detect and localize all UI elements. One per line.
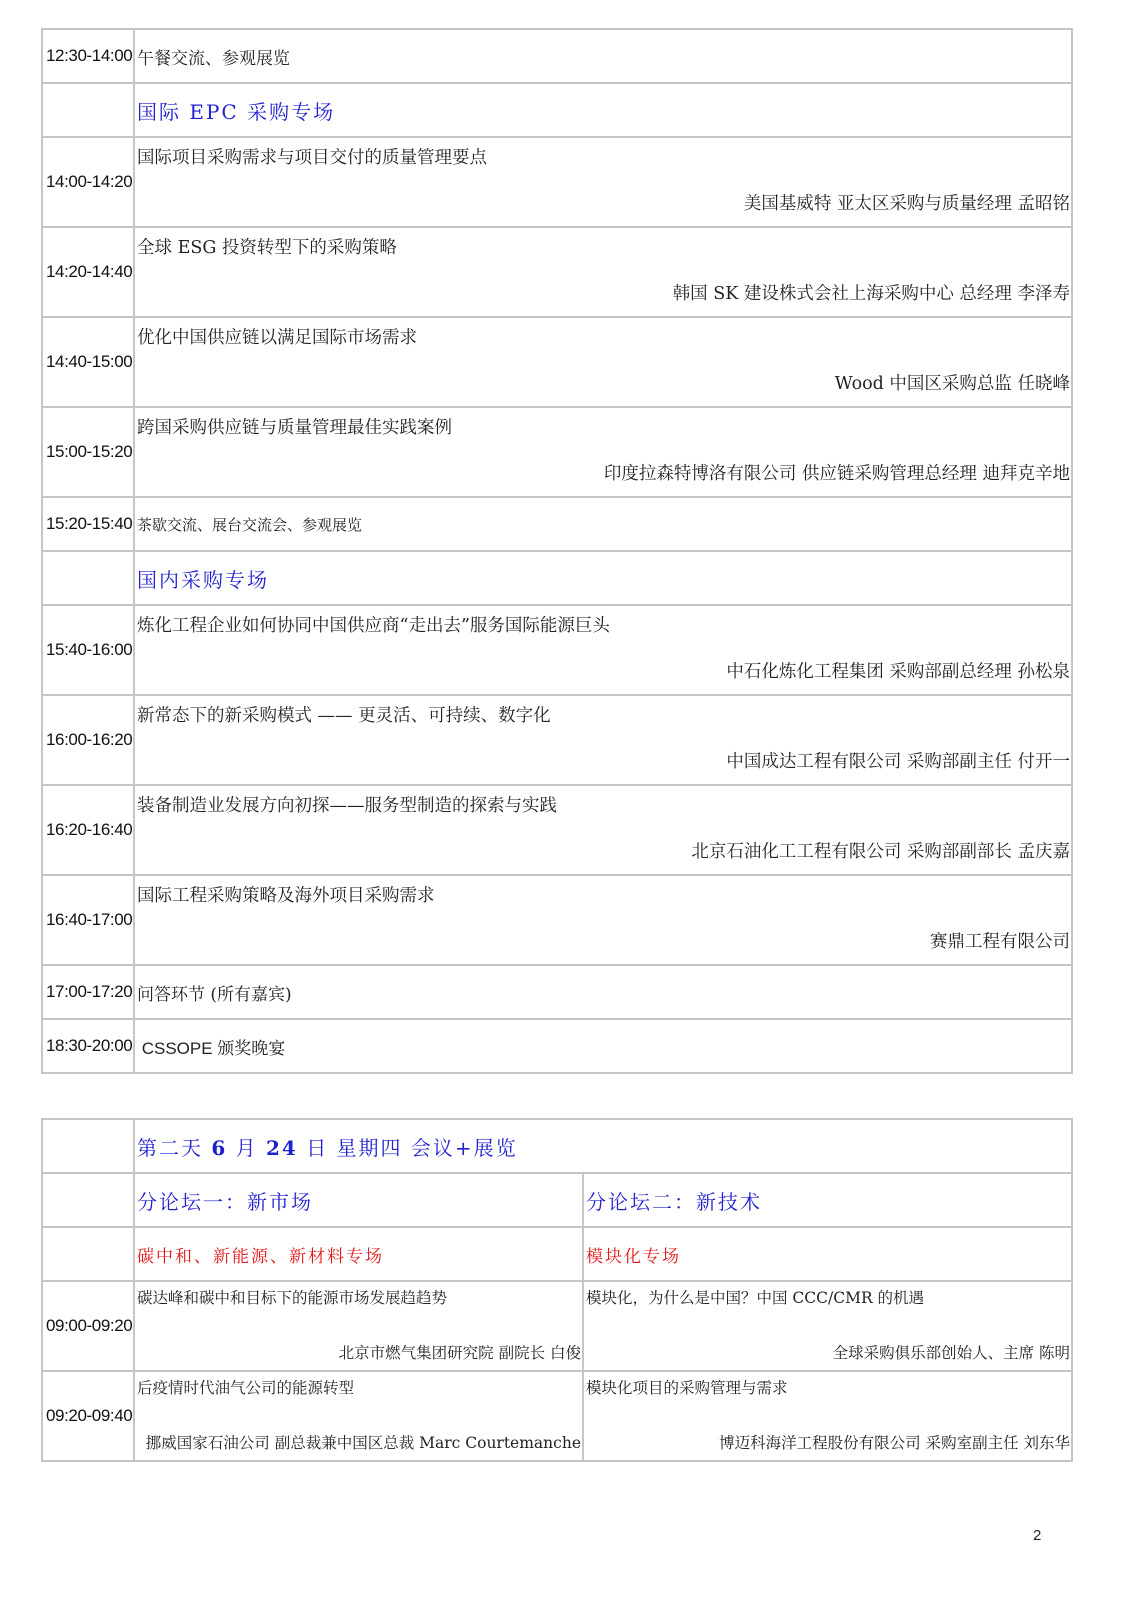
time-cell: 15:20-15:40 xyxy=(42,497,134,551)
talk-speaker: 北京石油化工工程有限公司 采购部副部长 孟庆嘉 xyxy=(137,817,1071,863)
time-cell: 14:20-14:40 xyxy=(42,227,134,317)
talk-cell: 后疫情时代油气公司的能源转型 挪威国家石油公司 副总裁兼中国区总裁 Marc C… xyxy=(134,1371,583,1461)
talk-row: 14:40-15:00 优化中国供应链以满足国际市场需求 Wood 中国区采购总… xyxy=(42,317,1072,407)
talk-speaker: 北京市燃气集团研究院 副院长 白俊 xyxy=(137,1308,582,1363)
day1-schedule-table: 12:30-14:00 午餐交流、参观展览 国际 EPC 采购专场 14:00-… xyxy=(41,28,1073,1074)
talk-speaker: 中石化炼化工程集团 采购部副总经理 孙松泉 xyxy=(137,637,1071,683)
talk-title: 全球 ESG 投资转型下的采购策略 xyxy=(137,228,1071,259)
talk-title: 跨国采购供应链与质量管理最佳实践案例 xyxy=(137,408,1071,439)
talk-title: 炼化工程企业如何协同中国供应商“走出去”服务国际能源巨头 xyxy=(137,606,1071,637)
talk-title: 国际工程采购策略及海外项目采购需求 xyxy=(137,876,1071,907)
schedule-row: 15:20-15:40 茶歇交流、展台交流会、参观展览 xyxy=(42,497,1072,551)
talk-speaker: 博迈科海洋工程股份有限公司 采购室副主任 刘东华 xyxy=(586,1398,1071,1453)
talk-cell: 全球 ESG 投资转型下的采购策略 韩国 SK 建设株式会社上海采购中心 总经理… xyxy=(134,227,1072,317)
talk-speaker: 赛鼎工程有限公司 xyxy=(137,907,1071,953)
section-row: 国内采购专场 xyxy=(42,551,1072,605)
talk-title: 模块化，为什么是中国？中国 CCC/CMR 的机遇 xyxy=(586,1282,1071,1308)
talk-cell: 碳达峰和碳中和目标下的能源市场发展趋趋势 北京市燃气集团研究院 副院长 白俊 xyxy=(134,1281,583,1371)
talk-row: 14:20-14:40 全球 ESG 投资转型下的采购策略 韩国 SK 建设株式… xyxy=(42,227,1072,317)
talk-title: 新常态下的新采购模式 —— 更灵活、可持续、数字化 xyxy=(137,696,1071,727)
time-cell: 16:40-17:00 xyxy=(42,875,134,965)
activity-cell: 午餐交流、参观展览 xyxy=(134,29,1072,83)
time-cell: 17:00-17:20 xyxy=(42,965,134,1019)
track-1-title: 碳中和、新能源、新材料专场 xyxy=(134,1227,583,1281)
talk-title: 模块化项目的采购管理与需求 xyxy=(586,1372,1071,1398)
talk-row: 15:00-15:20 跨国采购供应链与质量管理最佳实践案例 印度拉森特博洛有限… xyxy=(42,407,1072,497)
talk-speaker: Wood 中国区采购总监 任晓峰 xyxy=(137,349,1071,395)
time-cell: 09:20-09:40 xyxy=(42,1371,134,1461)
talk-speaker: 挪威国家石油公司 副总裁兼中国区总裁 Marc Courtemanche xyxy=(137,1398,582,1453)
schedule-row: 17:00-17:20 问答环节 (所有嘉宾) xyxy=(42,965,1072,1019)
talk-row: 09:20-09:40 后疫情时代油气公司的能源转型 挪威国家石油公司 副总裁兼… xyxy=(42,1371,1072,1461)
talk-cell: 模块化，为什么是中国？中国 CCC/CMR 的机遇 全球采购俱乐部创始人、主席 … xyxy=(583,1281,1072,1371)
time-cell: 09:00-09:20 xyxy=(42,1281,134,1371)
schedule-row: 12:30-14:00 午餐交流、参观展览 xyxy=(42,29,1072,83)
time-cell: 14:40-15:00 xyxy=(42,317,134,407)
talk-speaker: 中国成达工程有限公司 采购部副主任 付开一 xyxy=(137,727,1071,773)
activity-cell: 茶歇交流、展台交流会、参观展览 xyxy=(134,497,1072,551)
time-cell: 16:00-16:20 xyxy=(42,695,134,785)
talk-row: 09:00-09:20 碳达峰和碳中和目标下的能源市场发展趋趋势 北京市燃气集团… xyxy=(42,1281,1072,1371)
activity-cell: 问答环节 (所有嘉宾) xyxy=(134,965,1072,1019)
talk-cell: 装备制造业发展方向初探——服务型制造的探索与实践 北京石油化工工程有限公司 采购… xyxy=(134,785,1072,875)
talk-row: 16:40-17:00 国际工程采购策略及海外项目采购需求 赛鼎工程有限公司 xyxy=(42,875,1072,965)
section-title-domestic: 国内采购专场 xyxy=(134,551,1072,605)
activity-cell: CSSOPE 颁奖晚宴 xyxy=(134,1019,1072,1073)
day2-schedule-table: 第二天 6 月 24 日 星期四 会议+展览 分论坛一：新市场 分论坛二：新技术… xyxy=(41,1118,1073,1462)
talk-cell: 新常态下的新采购模式 —— 更灵活、可持续、数字化 中国成达工程有限公司 采购部… xyxy=(134,695,1072,785)
time-cell: 15:40-16:00 xyxy=(42,605,134,695)
talk-speaker: 全球采购俱乐部创始人、主席 陈明 xyxy=(586,1308,1071,1363)
forum-row: 分论坛一：新市场 分论坛二：新技术 xyxy=(42,1173,1072,1227)
track-row: 碳中和、新能源、新材料专场 模块化专场 xyxy=(42,1227,1072,1281)
section-row: 国际 EPC 采购专场 xyxy=(42,83,1072,137)
talk-speaker: 韩国 SK 建设株式会社上海采购中心 总经理 李泽寿 xyxy=(137,259,1071,305)
talk-row: 14:00-14:20 国际项目采购需求与项目交付的质量管理要点 美国基威特 亚… xyxy=(42,137,1072,227)
time-cell: 18:30-20:00 xyxy=(42,1019,134,1073)
talk-title: 国际项目采购需求与项目交付的质量管理要点 xyxy=(137,138,1071,169)
talk-speaker: 印度拉森特博洛有限公司 供应链采购管理总经理 迪拜克辛地 xyxy=(137,439,1071,485)
talk-title: 优化中国供应链以满足国际市场需求 xyxy=(137,318,1071,349)
track-2-title: 模块化专场 xyxy=(583,1227,1072,1281)
talk-row: 16:20-16:40 装备制造业发展方向初探——服务型制造的探索与实践 北京石… xyxy=(42,785,1072,875)
talk-row: 15:40-16:00 炼化工程企业如何协同中国供应商“走出去”服务国际能源巨头… xyxy=(42,605,1072,695)
day-header-row: 第二天 6 月 24 日 星期四 会议+展览 xyxy=(42,1119,1072,1173)
section-title-intl-epc: 国际 EPC 采购专场 xyxy=(134,83,1072,137)
talk-cell: 模块化项目的采购管理与需求 博迈科海洋工程股份有限公司 采购室副主任 刘东华 xyxy=(583,1371,1072,1461)
talk-cell: 国际项目采购需求与项目交付的质量管理要点 美国基威特 亚太区采购与质量经理 孟昭… xyxy=(134,137,1072,227)
talk-cell: 优化中国供应链以满足国际市场需求 Wood 中国区采购总监 任晓峰 xyxy=(134,317,1072,407)
talk-title: 碳达峰和碳中和目标下的能源市场发展趋趋势 xyxy=(137,1282,582,1308)
day2-header: 第二天 6 月 24 日 星期四 会议+展览 xyxy=(134,1119,1072,1173)
talk-row: 16:00-16:20 新常态下的新采购模式 —— 更灵活、可持续、数字化 中国… xyxy=(42,695,1072,785)
talk-title: 装备制造业发展方向初探——服务型制造的探索与实践 xyxy=(137,786,1071,817)
talk-title: 后疫情时代油气公司的能源转型 xyxy=(137,1372,582,1398)
forum-2-title: 分论坛二：新技术 xyxy=(583,1173,1072,1227)
page-number: 2 xyxy=(1033,1527,1041,1544)
schedule-row: 18:30-20:00 CSSOPE 颁奖晚宴 xyxy=(42,1019,1072,1073)
forum-1-title: 分论坛一：新市场 xyxy=(134,1173,583,1227)
time-cell: 14:00-14:20 xyxy=(42,137,134,227)
talk-cell: 跨国采购供应链与质量管理最佳实践案例 印度拉森特博洛有限公司 供应链采购管理总经… xyxy=(134,407,1072,497)
time-cell: 15:00-15:20 xyxy=(42,407,134,497)
talk-speaker: 美国基威特 亚太区采购与质量经理 孟昭铭 xyxy=(137,169,1071,215)
talk-cell: 炼化工程企业如何协同中国供应商“走出去”服务国际能源巨头 中石化炼化工程集团 采… xyxy=(134,605,1072,695)
time-cell: 16:20-16:40 xyxy=(42,785,134,875)
time-cell: 12:30-14:00 xyxy=(42,29,134,83)
talk-cell: 国际工程采购策略及海外项目采购需求 赛鼎工程有限公司 xyxy=(134,875,1072,965)
